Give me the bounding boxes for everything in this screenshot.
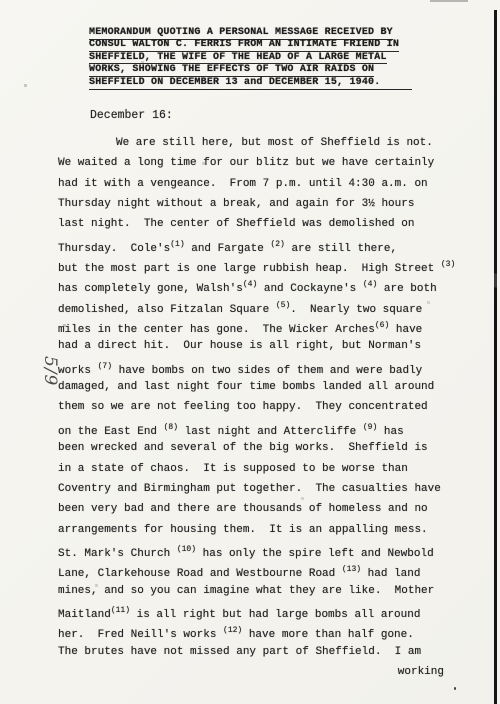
body-line: demolished, also Fitzalan Square (5). Ne… [58, 296, 452, 316]
footnote-marker: (12) [223, 626, 242, 635]
body-line: St. Mark's Church (10) has only the spir… [58, 540, 452, 560]
footnote-marker: (10) [177, 545, 196, 554]
memo-subject-header: MEMORANDUM QUOTING A PERSONAL MESSAGE RE… [89, 27, 412, 90]
body-line: Thursday night without a break, and agai… [58, 194, 452, 214]
margin-annotation: 5/9 [40, 356, 60, 396]
body-line: been very bad and there are thousands of… [58, 499, 452, 519]
header-line: SHEFFIELD ON DECEMBER 13 and DECEMBER 15… [89, 77, 412, 90]
body-line: her. Fred Neill's works (12) have more t… [58, 621, 452, 641]
paper-specks [0, 0, 1, 1]
header-line: WORKS, SHOWING THE EFFECTS OF TWO AIR RA… [89, 64, 412, 76]
body-line: them so we are not feeling too happy. Th… [58, 397, 452, 417]
body-line: The brutes have not missed any part of S… [58, 642, 452, 662]
footnote-marker: (9) [363, 423, 377, 432]
body-line: had it with a vengeance. From 7 p.m. unt… [58, 174, 452, 194]
date-line: December 16: [90, 109, 173, 122]
body-line: mines, and so you can imagine what they … [58, 581, 452, 601]
body-line: Maitland(11) is all right but had large … [58, 601, 452, 621]
footnote-marker: (1) [170, 240, 184, 249]
footnote-marker: (3) [441, 260, 455, 269]
document-page: MEMORANDUM QUOTING A PERSONAL MESSAGE RE… [0, 0, 500, 704]
body-line: Lane, Clarkehouse Road and Westbourne Ro… [58, 560, 452, 580]
footnote-marker: (4) [243, 280, 257, 289]
footnote-marker: (8) [164, 423, 178, 432]
body-line: works (7) have bombs on two sides of the… [58, 357, 452, 377]
body-line: miles in the center has gone. The Wicker… [58, 316, 452, 336]
body-line: arrangements for housing them. It is an … [58, 520, 452, 540]
body-line: working [58, 662, 452, 682]
footnote-marker: (11) [111, 606, 130, 615]
header-line: CONSUL WALTON C. FERRIS FROM AN INTIMATE… [89, 39, 412, 51]
footnote-marker: (5) [276, 301, 290, 310]
body-line: Thursday. Cole's(1) and Fargate (2) are … [58, 235, 452, 255]
body-line: We waited a long time for our blitz but … [58, 153, 452, 173]
body-line: has completely gone, Walsh's(4) and Cock… [58, 275, 452, 295]
body-line: but the most part is one large rubbish h… [58, 255, 452, 275]
ink-dot [454, 687, 456, 690]
footnote-marker: (13) [342, 565, 361, 574]
body-line: had a direct hit. Our house is all right… [58, 336, 452, 356]
footnote-marker: (6) [375, 321, 389, 330]
scan-smudge-top [430, 0, 468, 2]
body-line: Coventry and Birmingham put together. Th… [58, 479, 452, 499]
letter-body: We are still here, but most of Sheffield… [58, 133, 452, 682]
footnote-marker: (4) [363, 280, 377, 289]
body-line: last night. The center of Sheffield was … [58, 214, 452, 234]
body-line: We are still here, but most of Sheffield… [58, 133, 452, 153]
footnote-marker: (2) [270, 240, 284, 249]
scan-edge-line [494, 10, 497, 704]
body-line: on the East End (8) last night and Atter… [58, 418, 452, 438]
footnote-marker: (7) [98, 362, 112, 371]
header-line: MEMORANDUM QUOTING A PERSONAL MESSAGE RE… [89, 27, 412, 39]
header-line: SHEFFIELD, THE WIFE OF THE HEAD OF A LAR… [89, 52, 412, 64]
body-line: been wrecked and several of the big work… [58, 438, 452, 458]
body-line: in a state of chaos. It is supposed to b… [58, 459, 452, 479]
body-line: damaged, and last night four time bombs … [58, 377, 452, 397]
